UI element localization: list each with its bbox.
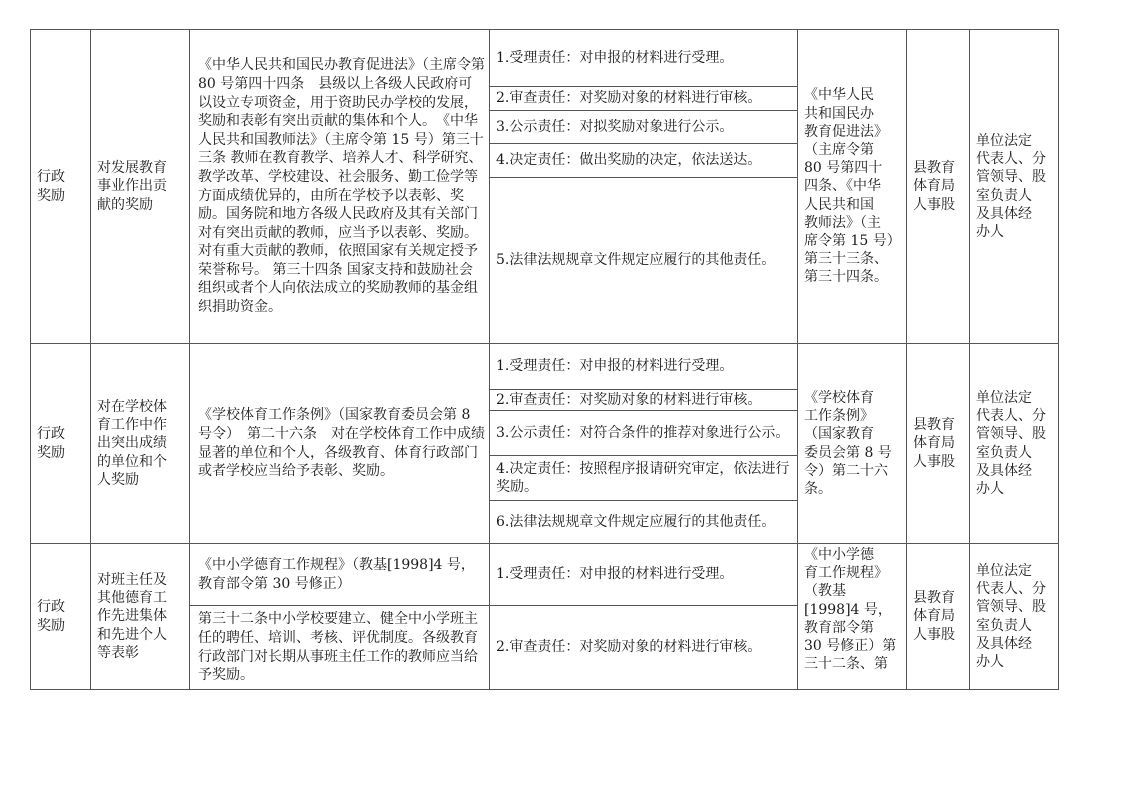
row2-resp-3: 3.公示责任：对符合条件的推荐对象进行公示。 — [489, 410, 798, 456]
row3-category-cell: 行政 奖励 — [30, 543, 91, 690]
row2-resp-2: 2.审查责任：对奖励对象的材料进行审核。 — [489, 389, 798, 411]
responsibility-text: 1.受理责任：对申报的材料进行受理。 — [496, 357, 733, 375]
item-name-text: 对发展教育 事业作出贡 献的奖励 — [97, 159, 167, 214]
legal-basis-text: 《学校体育 工作条例》 （国家教育 委员会第 8 号 令）第二十六 条。 — [804, 389, 892, 498]
category-text: 行政 奖励 — [37, 598, 65, 634]
basis-text: 《学校体育工作条例》（国家教育委员会第 8 号令） 第二十六条 对在学校体育工作… — [198, 406, 485, 480]
row1-category-cell: 行政 奖励 — [30, 29, 91, 344]
row2-responsible-cell: 单位法定 代表人、分 管领导、股 室负责人 及具体经 办人 — [969, 343, 1059, 544]
row1-department-cell: 县教育 体育局 人事股 — [906, 29, 970, 344]
item-name-text: 对在学校体 育工作中作 出突出成绩 的单位和个 人奖励 — [97, 398, 167, 489]
responsible-person-text: 单位法定 代表人、分 管领导、股 室负责人 及具体经 办人 — [976, 562, 1046, 671]
responsibility-text: 3.公示责任：对符合条件的推荐对象进行公示。 — [496, 424, 789, 442]
department-text: 县教育 体育局 人事股 — [913, 416, 955, 471]
responsible-person-text: 单位法定 代表人、分 管领导、股 室负责人 及具体经 办人 — [976, 389, 1046, 498]
responsibility-text: 4.决定责任：按照程序报请研究审定，依法进行奖励。 — [496, 460, 792, 496]
row3-basis-cell-b: 第三十二条中小学校要建立、健全中小学班主任的聘任、培训、考核、评优制度。各级教育… — [189, 605, 490, 690]
category-text: 行政 奖励 — [37, 425, 65, 461]
legal-basis-text: 《中小学德 育工作规程》 （教基 [1998]4 号， 教育部令第 30 号修正… — [804, 546, 896, 673]
item-name-text: 对班主任及 其他德育工 作先进集体 和先进个人 等表彰 — [97, 571, 167, 662]
row2-basis-cell: 《学校体育工作条例》（国家教育委员会第 8 号令） 第二十六条 对在学校体育工作… — [189, 343, 490, 544]
category-text: 行政 奖励 — [37, 168, 65, 204]
row3-resp-1: 1.受理责任：对申报的材料进行受理。 — [489, 543, 798, 606]
row3-item-cell: 对班主任及 其他德育工 作先进集体 和先进个人 等表彰 — [90, 543, 190, 690]
row3-basis-cell-a: 《中小学德育工作规程》（教基[1998]4 号，教育部令第 30 号修正） — [189, 543, 490, 606]
row3-legal-basis-cell: 《中小学德 育工作规程》 （教基 [1998]4 号， 教育部令第 30 号修正… — [797, 543, 907, 690]
row1-resp-4: 4.决定责任：做出奖励的决定，依法送达。 — [489, 143, 798, 178]
responsibility-text: 2.审查责任：对奖励对象的材料进行审核。 — [496, 89, 761, 107]
basis-text: 《中小学德育工作规程》（教基[1998]4 号，教育部令第 30 号修正） — [198, 556, 485, 593]
responsibility-text: 2.审查责任：对奖励对象的材料进行审核。 — [496, 638, 761, 656]
row1-basis-cell: 《中华人民共和国民办教育促进法》（主席令第 80 号第四十四条 县级以上各级人民… — [189, 29, 490, 344]
department-text: 县教育 体育局 人事股 — [913, 589, 955, 644]
row3-department-cell: 县教育 体育局 人事股 — [906, 543, 970, 690]
row1-resp-3: 3.公示责任：对拟奖励对象进行公示。 — [489, 110, 798, 144]
row2-legal-basis-cell: 《学校体育 工作条例》 （国家教育 委员会第 8 号 令）第二十六 条。 — [797, 343, 907, 544]
row3-resp-2: 2.审查责任：对奖励对象的材料进行审核。 — [489, 605, 798, 690]
row2-category-cell: 行政 奖励 — [30, 343, 91, 544]
row1-responsible-cell: 单位法定 代表人、分 管领导、股 室负责人 及具体经 办人 — [969, 29, 1059, 344]
responsibility-text: 4.决定责任：做出奖励的决定，依法送达。 — [496, 151, 761, 169]
row2-item-cell: 对在学校体 育工作中作 出突出成绩 的单位和个 人奖励 — [90, 343, 190, 544]
row2-resp-4: 4.决定责任：按照程序报请研究审定，依法进行奖励。 — [489, 455, 798, 501]
row1-legal-basis-cell: 《中华人民 共和国民办 教育促进法》 （主席令第 80 号第四十 四条、《中华 … — [797, 29, 907, 344]
row1-item-cell: 对发展教育 事业作出贡 献的奖励 — [90, 29, 190, 344]
row1-resp-2: 2.审查责任：对奖励对象的材料进行审核。 — [489, 86, 798, 111]
row2-department-cell: 县教育 体育局 人事股 — [906, 343, 970, 544]
legal-basis-text: 《中华人民 共和国民办 教育促进法》 （主席令第 80 号第四十 四条、《中华 … — [804, 86, 901, 286]
basis-text: 第三十二条中小学校要建立、健全中小学班主任的聘任、培训、考核、评优制度。各级教育… — [198, 610, 485, 684]
row1-resp-1: 1.受理责任：对申报的材料进行受理。 — [489, 29, 798, 87]
row2-resp-1: 1.受理责任：对申报的材料进行受理。 — [489, 343, 798, 390]
department-text: 县教育 体育局 人事股 — [913, 159, 955, 214]
row1-resp-5: 5.法律法规规章文件规定应履行的其他责任。 — [489, 177, 798, 344]
responsibility-text: 1.受理责任：对申报的材料进行受理。 — [496, 49, 733, 67]
responsible-person-text: 单位法定 代表人、分 管领导、股 室负责人 及具体经 办人 — [976, 132, 1046, 241]
row3-responsible-cell: 单位法定 代表人、分 管领导、股 室负责人 及具体经 办人 — [969, 543, 1059, 690]
row2-resp-6: 6.法律法规规章文件规定应履行的其他责任。 — [489, 500, 798, 544]
responsibility-text: 3.公示责任：对拟奖励对象进行公示。 — [496, 118, 733, 136]
responsibility-text: 6.法律法规规章文件规定应履行的其他责任。 — [496, 513, 775, 531]
document-page: 行政 奖励 对发展教育 事业作出贡 献的奖励 《中华人民共和国民办教育促进法》（… — [0, 0, 1122, 793]
responsibility-text: 2.审查责任：对奖励对象的材料进行审核。 — [496, 391, 761, 409]
responsibility-text: 1.受理责任：对申报的材料进行受理。 — [496, 565, 733, 583]
responsibility-text: 5.法律法规规章文件规定应履行的其他责任。 — [496, 251, 775, 269]
basis-text: 《中华人民共和国民办教育促进法》（主席令第 80 号第四十四条 县级以上各级人民… — [198, 56, 485, 316]
